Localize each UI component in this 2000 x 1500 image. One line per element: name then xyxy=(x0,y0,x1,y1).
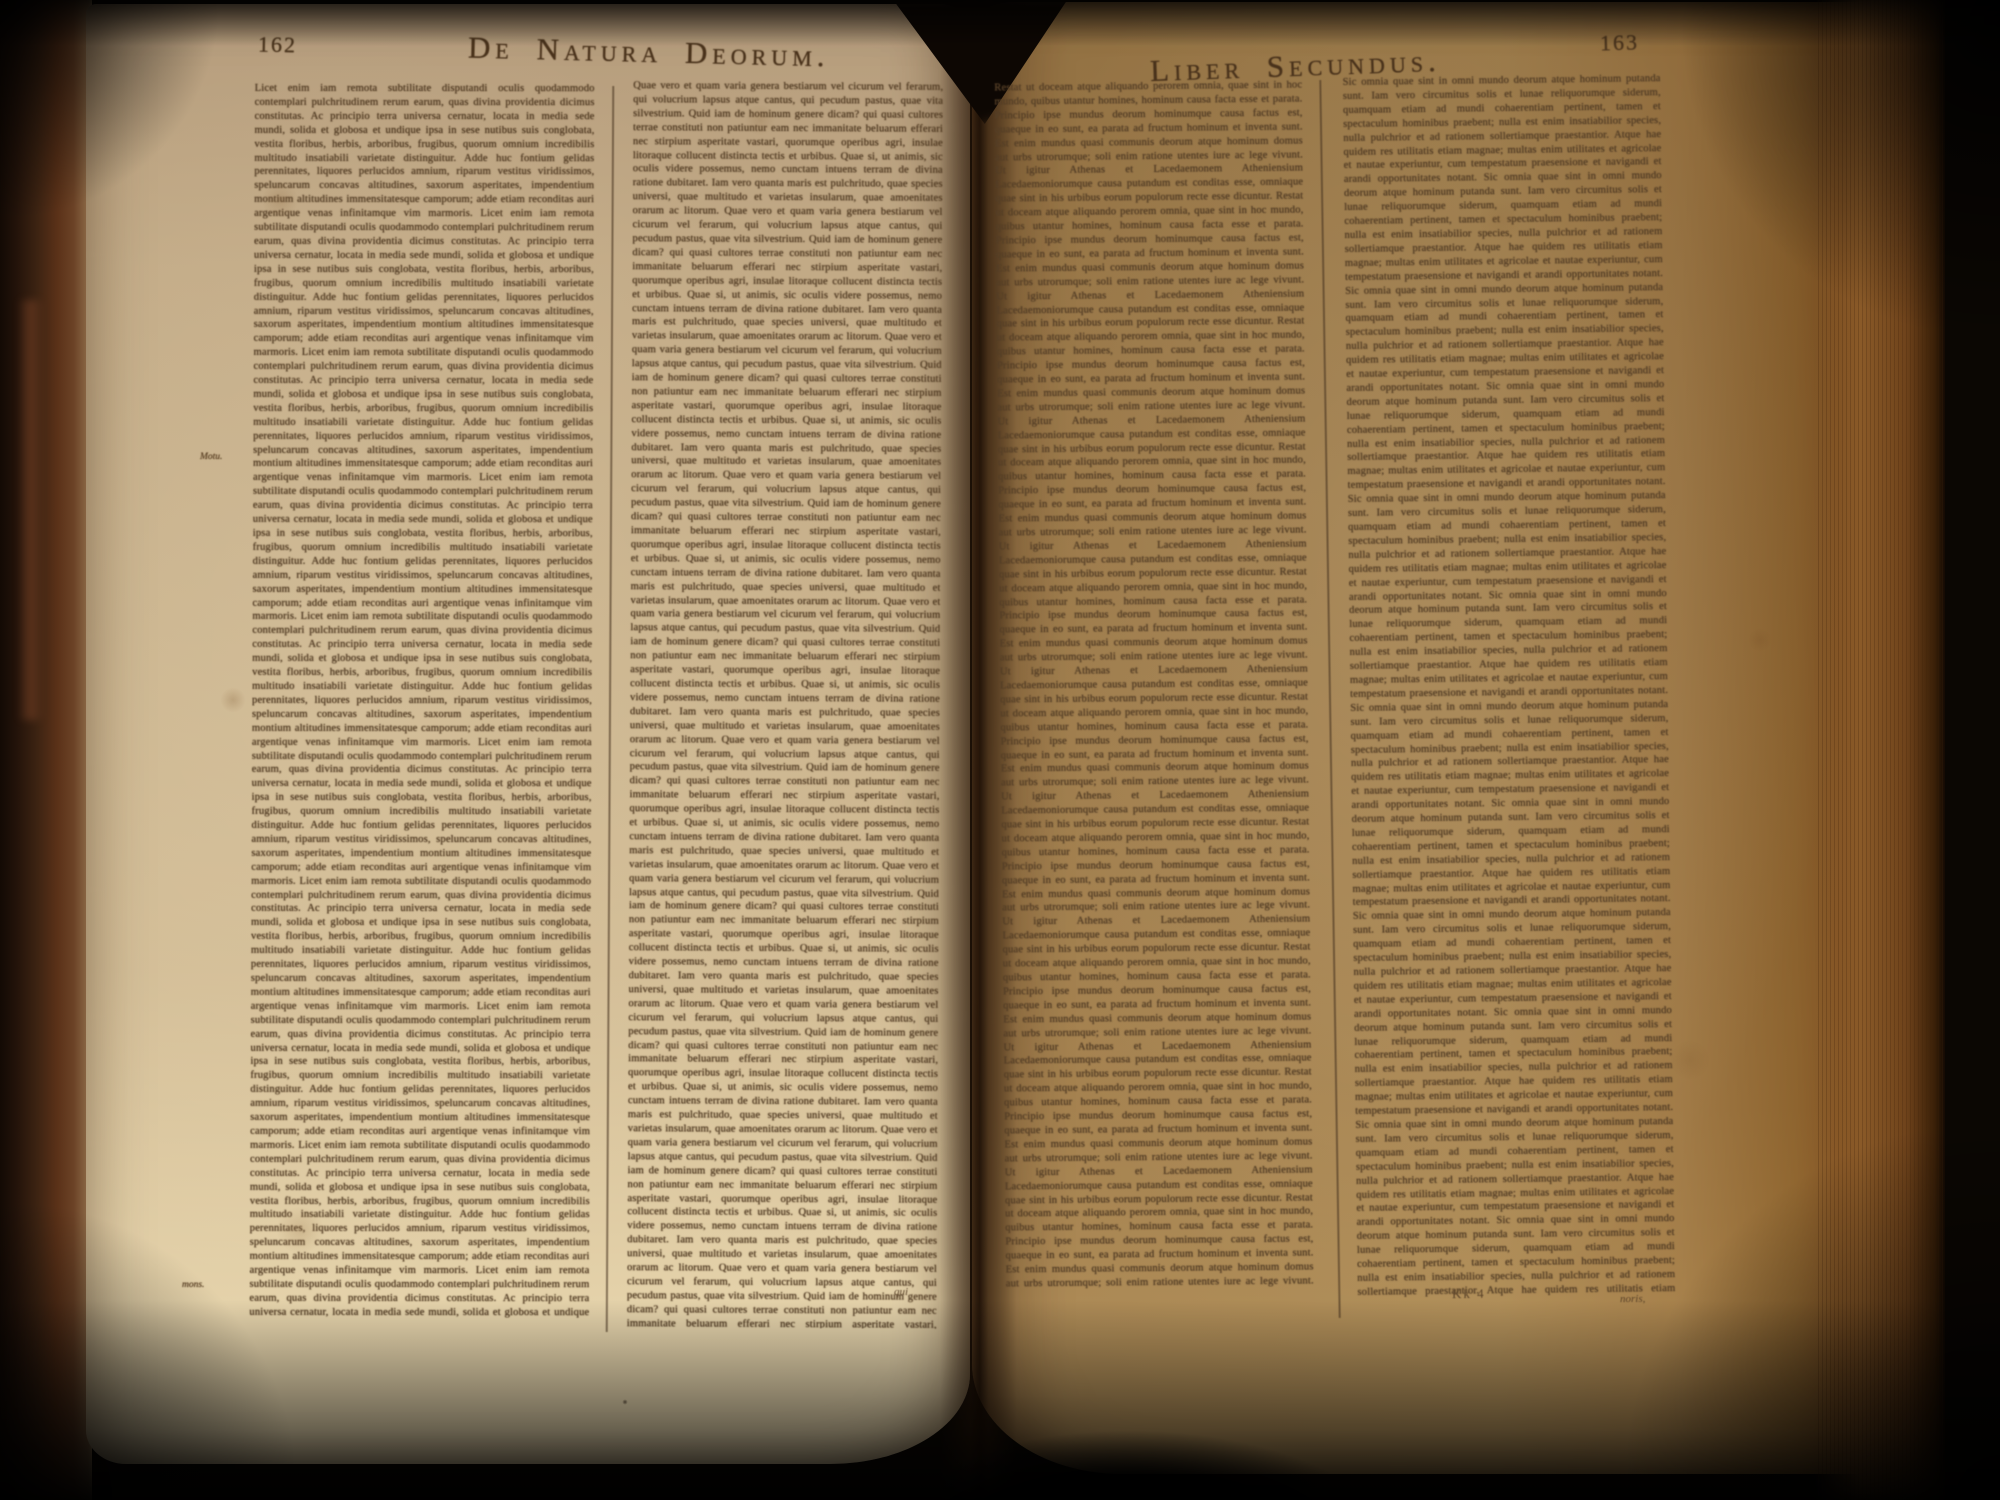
left-page-column-1: Licet enim iam remota subtilitate disput… xyxy=(249,82,594,1318)
signature-mark: Kk 4 xyxy=(1452,1286,1486,1302)
fore-edge-page-block xyxy=(1815,0,1945,1500)
left-page-catchword: qui xyxy=(894,1286,908,1298)
left-page-column-2: Quae vero et quam varia genera bestiarum… xyxy=(627,79,944,1329)
book-photograph: 162 De Natura Deorum. Licet enim iam rem… xyxy=(0,0,2000,1500)
marginal-note: mons. xyxy=(182,1280,204,1290)
left-cover-edge xyxy=(0,0,92,1500)
marginal-note: Motu. xyxy=(200,452,222,462)
right-page-number: 163 xyxy=(1600,29,1640,56)
left-page-number: 162 xyxy=(258,32,298,59)
right-page-catchword: noris, xyxy=(1620,1293,1645,1305)
right-page-column-1: Restat ut doceam atque aliquando perorem… xyxy=(994,79,1314,1290)
right-page-column-2: Sic omnia quae sint in omni mundo deorum… xyxy=(1343,72,1676,1298)
center-fold-line xyxy=(976,60,979,1390)
